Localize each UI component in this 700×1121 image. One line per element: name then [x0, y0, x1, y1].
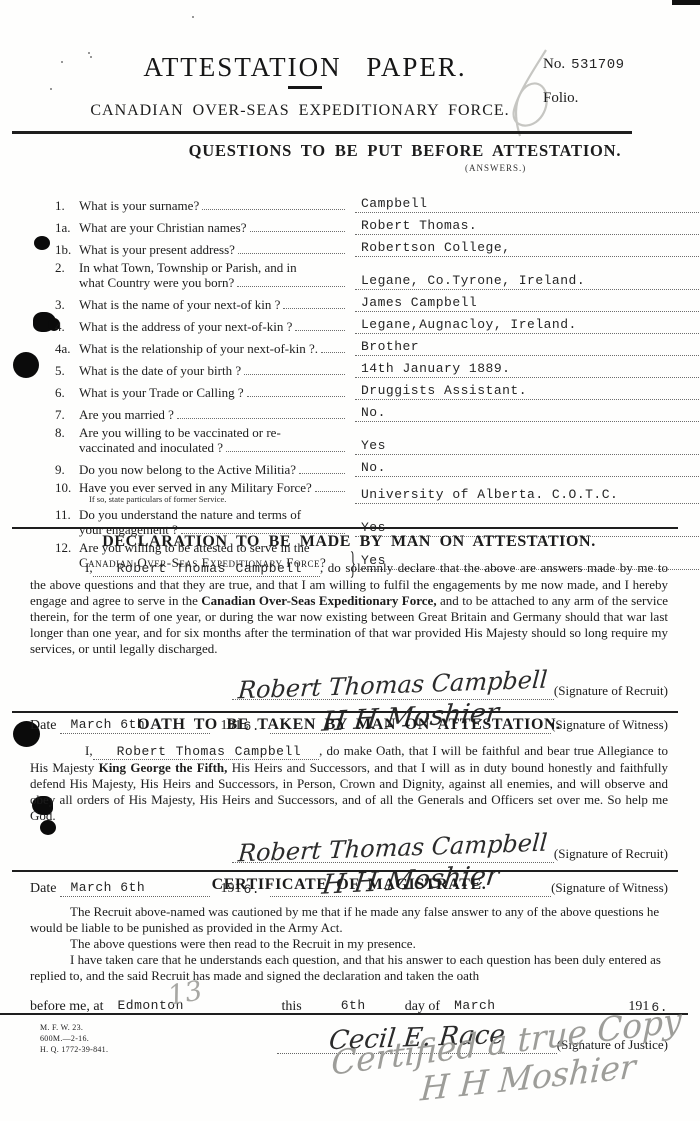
document-header: ATTESTATION PAPER. No. 531709 Folio. CAN… [0, 52, 700, 120]
answer-line: Campbell [355, 194, 700, 213]
questions-section: QUESTIONS TO BE PUT BEFORE ATTESTATION. … [55, 141, 700, 570]
form-imprint-line: M. F. W. 23. [40, 1022, 108, 1033]
question-number: 3. [55, 297, 79, 312]
question-text: What is your Trade or Calling ? [79, 385, 244, 400]
question-number: 4a. [55, 341, 79, 356]
question-row: 9. Do you now belong to the Active Milit… [55, 458, 700, 477]
oath-paragraph: I,Robert Thomas Campbell, do make Oath, … [30, 743, 668, 824]
dotted-leader [321, 352, 345, 353]
answer-line: Druggists Assistant. [355, 381, 700, 400]
question-text: Are you married ? [79, 407, 174, 422]
dotted-leader [315, 491, 345, 492]
answer-value: Robert Thomas. [361, 218, 477, 233]
answer-value: No. [361, 460, 386, 475]
certificate-heading: CERTIFICATE OF MAGISTRATE. [30, 876, 668, 894]
folio-label: Folio. [543, 90, 625, 107]
question-text: What is the name of your next-of kin ? [79, 297, 280, 312]
question-note: If so, state particulars of former Servi… [55, 495, 347, 504]
dotted-leader [237, 286, 345, 287]
question-row: 4a. What is the relationship of your nex… [55, 337, 700, 356]
question-row: 8. Are you willing to be vaccinated or r… [55, 425, 700, 455]
question-row: 1b. What is your present address? Robert… [55, 238, 700, 257]
question-row: 5. What is the date of your birth ? 14th… [55, 359, 700, 378]
question-number: 7. [55, 407, 79, 422]
ink-blot [13, 352, 39, 378]
oath-intro: I, [85, 743, 93, 758]
question-text: In what Town, Township or Parish, and in [79, 260, 297, 275]
pencil-annotation: 13 [166, 975, 205, 1011]
question-text: What is your surname? [79, 198, 199, 213]
question-row: 6. What is your Trade or Calling ? Drugg… [55, 381, 700, 400]
questions-heading: QUESTIONS TO BE PUT BEFORE ATTESTATION. [55, 141, 700, 161]
dotted-leader [295, 330, 345, 331]
recruit-name-typed: Robert Thomas Campbell [93, 561, 320, 577]
force-name-bold: Canadian Over-Seas Expeditionary Force, [201, 593, 436, 608]
dotted-leader [177, 418, 345, 419]
answer-value: 14th January 1889. [361, 361, 510, 376]
answer-value: Yes [361, 438, 386, 453]
question-row: 2. In what Town, Township or Parish, and… [55, 260, 700, 290]
question-text: Do you understand the nature and terms o… [79, 507, 301, 522]
question-number: 4. [55, 319, 79, 334]
question-number: 8. [55, 425, 79, 440]
question-number: 2. [55, 260, 79, 275]
oath-recruit-signature-row: Robert Thomas Campbell (Signature of Rec… [30, 834, 668, 863]
question-number: 5. [55, 363, 79, 378]
answer-line: 14th January 1889. [355, 359, 700, 378]
certificate-text-2: The above questions were then read to th… [70, 936, 416, 951]
question-text-line2: what Country were you born? [79, 275, 234, 290]
dotted-leader [250, 231, 346, 232]
question-number: 1. [55, 198, 79, 213]
certificate-paragraph-2: The above questions were then read to th… [30, 936, 668, 952]
dotted-leader [244, 374, 345, 375]
question-text: Are you willing to be vaccinated or re- [79, 425, 281, 440]
answer-line: Robert Thomas. [355, 216, 700, 235]
question-number: 6. [55, 385, 79, 400]
question-row: 3. What is the name of your next-of kin … [55, 293, 700, 312]
question-row: 7. Are you married ? No. [55, 403, 700, 422]
answer-line: No. [355, 403, 700, 422]
questions-list: 1. What is your surname? Campbell 1a. Wh… [55, 194, 700, 570]
question-text-line2: vaccinated and inoculated ? [79, 440, 223, 455]
question-row: 1. What is your surname? Campbell [55, 194, 700, 213]
document-subtitle: CANADIAN OVER-SEAS EXPEDITIONARY FORCE. [0, 102, 600, 120]
answer-line: Brother [355, 337, 700, 356]
page-title: ATTESTATION PAPER. [0, 52, 610, 83]
king-name-bold: King George the Fifth, [99, 760, 228, 775]
question-text: Do you now belong to the Active Militia? [79, 462, 296, 477]
question-text: What is the relationship of your next-of… [79, 341, 318, 356]
form-number-block: No. 531709 Folio. [543, 56, 625, 107]
title-underline [288, 86, 322, 89]
recruit-signature-label: (Signature of Recruit) [554, 683, 668, 700]
answer-line: Legane,Augnacloy, Ireland. [355, 315, 700, 334]
answer-value: University of Alberta. C.O.T.C. [361, 487, 618, 502]
dotted-leader [238, 253, 345, 254]
dotted-leader [283, 308, 345, 309]
oath-heading: OATH TO BE TAKEN BY MAN ON ATTESTATION. [30, 716, 668, 734]
question-text: What is the address of your next-of-kin … [79, 319, 292, 334]
form-number-value: 531709 [571, 57, 624, 73]
question-number: 11. [55, 507, 79, 522]
answer-value: Druggists Assistant. [361, 383, 527, 398]
answer-value: Brother [361, 339, 419, 354]
recruit-name-typed: Robert Thomas Campbell [93, 744, 320, 760]
signature-line: Robert Thomas Campbell [232, 834, 553, 863]
answer-value: James Campbell [361, 295, 477, 310]
dotted-leader [226, 451, 345, 452]
question-number: 1a. [55, 220, 79, 235]
declaration-intro: I, [85, 560, 93, 575]
dotted-leader [247, 396, 345, 397]
certificate-paragraph-3: I have taken care that he understands ea… [30, 952, 668, 984]
signature-line: Robert Thomas Campbell [232, 671, 553, 700]
question-number: 9. [55, 462, 79, 477]
section-divider [12, 870, 678, 872]
scanned-attestation-paper: ATTESTATION PAPER. No. 531709 Folio. CAN… [0, 0, 700, 1121]
form-imprint-line: H. Q. 1772-39-841. [40, 1044, 108, 1055]
answer-line: University of Alberta. C.O.T.C. [355, 485, 700, 504]
form-imprint-line: 600M.—2-16. [40, 1033, 108, 1044]
answer-line: Robertson College, [355, 238, 700, 257]
answer-line: Yes [355, 436, 700, 455]
answer-value: Legane,Augnacloy, Ireland. [361, 317, 577, 332]
certificate-paragraph-1: The Recruit above-named was cautioned by… [30, 904, 668, 936]
declaration-heading: DECLARATION TO BE MADE BY MAN ON ATTESTA… [30, 533, 668, 551]
section-divider [12, 527, 678, 529]
dotted-leader [299, 473, 345, 474]
section-divider [12, 711, 678, 713]
recruit-signature-label: (Signature of Recruit) [554, 846, 668, 863]
recruit-signature: Robert Thomas Campbell [238, 666, 549, 705]
answers-column-label: (ANSWERS.) [465, 163, 526, 173]
question-row: 10. Have you ever served in any Military… [55, 480, 700, 504]
dotted-leader [202, 209, 345, 210]
ink-blot [34, 236, 50, 250]
scan-edge-mark [672, 0, 700, 5]
question-row: 1a. What are your Christian names? Rober… [55, 216, 700, 235]
recruit-signature: Robert Thomas Campbell [238, 829, 549, 868]
certificate-text-3: I have taken care that he understands ea… [30, 952, 661, 983]
question-row: 4. What is the address of your next-of-k… [55, 315, 700, 334]
question-number: 10. [55, 480, 79, 495]
header-divider [12, 131, 632, 134]
form-imprint: M. F. W. 23. 600M.—2-16. H. Q. 1772-39-8… [40, 1022, 108, 1055]
answer-line: James Campbell [355, 293, 700, 312]
question-number: 1b. [55, 242, 79, 257]
question-text: What is your present address? [79, 242, 235, 257]
month-value: March [454, 998, 496, 1013]
answer-line: No. [355, 458, 700, 477]
question-text: Have you ever served in any Military For… [79, 480, 312, 495]
day-value: 6th [341, 998, 366, 1013]
answer-value: No. [361, 405, 386, 420]
answer-value: Campbell [361, 196, 427, 211]
scan-speck [192, 16, 194, 18]
form-number-label: No. [543, 56, 565, 73]
answer-value: Legane, Co.Tyrone, Ireland. [361, 273, 585, 288]
answer-line: Legane, Co.Tyrone, Ireland. [355, 271, 700, 290]
question-text: What are your Christian names? [79, 220, 247, 235]
declaration-section: DECLARATION TO BE MADE BY MAN ON ATTESTA… [30, 533, 668, 734]
certificate-text-1: The Recruit above-named was cautioned by… [30, 904, 659, 935]
declaration-recruit-signature-row: Robert Thomas Campbell (Signature of Rec… [30, 671, 668, 700]
declaration-paragraph: I,Robert Thomas Campbell, do solemnly de… [30, 560, 668, 657]
answer-value: Robertson College, [361, 240, 510, 255]
question-text: What is the date of your birth ? [79, 363, 241, 378]
